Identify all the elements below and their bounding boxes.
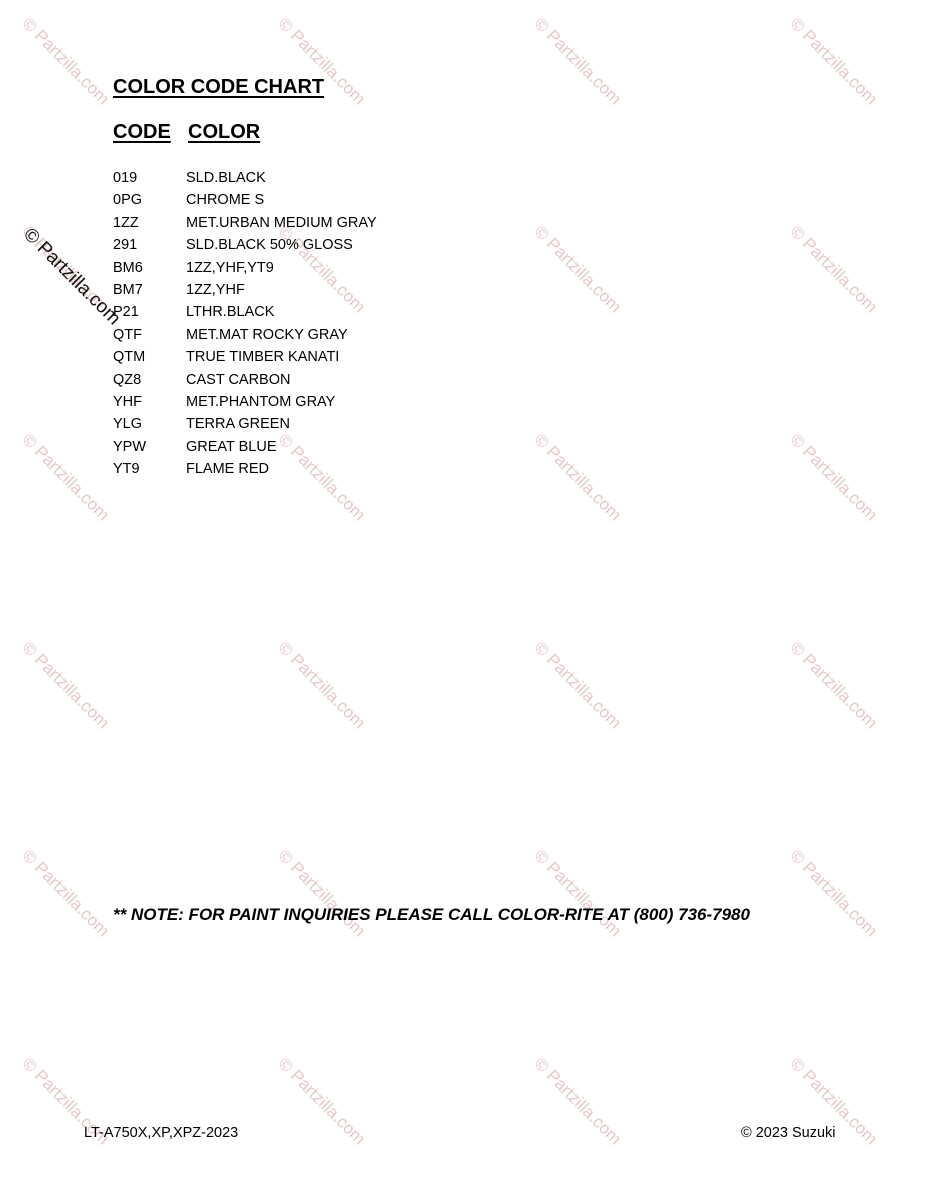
page-title: COLOR CODE CHART [113,76,324,99]
watermark-text-dark: © Partzilla.com [18,224,124,330]
watermark-text: © Partzilla.com [18,638,113,733]
color-name: CAST CARBON [186,372,290,388]
color-name: MET.URBAN MEDIUM GRAY [186,215,377,231]
watermark-text: © Partzilla.com [18,222,113,317]
color-name: FLAME RED [186,461,269,477]
color-code: BM6 [113,260,143,276]
color-name: LTHR.BLACK [186,304,274,320]
watermark-text: © Partzilla.com [530,846,625,941]
color-code: QTF [113,327,142,343]
color-name: TERRA GREEN [186,416,290,432]
watermark-text: © Partzilla.com [18,14,113,109]
watermark-text: © Partzilla.com [530,222,625,317]
color-code: P21 [113,304,139,320]
footer-model: LT-A750X,XP,XPZ-2023 [84,1125,238,1141]
watermark-text: © Partzilla.com [274,1054,369,1149]
watermark-text: © Partzilla.com [18,430,113,525]
watermark-text: © Partzilla.com [274,430,369,525]
color-name: SLD.BLACK 50% GLOSS [186,237,353,253]
watermark-text: © Partzilla.com [786,638,881,733]
watermark-text: © Partzilla.com [786,846,881,941]
paint-inquiry-note: ** NOTE: FOR PAINT INQUIRIES PLEASE CALL… [113,905,750,925]
color-name: 1ZZ,YHF,YT9 [186,260,274,276]
watermark-text: © Partzilla.com [530,1054,625,1149]
watermark-text: © Partzilla.com [274,638,369,733]
color-code: QTM [113,349,145,365]
color-name: GREAT BLUE [186,439,277,455]
watermark-text: © Partzilla.com [530,14,625,109]
color-code: 291 [113,237,137,253]
color-name: 1ZZ,YHF [186,282,245,298]
color-code: 1ZZ [113,215,139,231]
color-code: YHF [113,394,142,410]
color-code: BM7 [113,282,143,298]
watermark-text: © Partzilla.com [18,846,113,941]
color-name: TRUE TIMBER KANATI [186,349,339,365]
color-name: SLD.BLACK [186,170,266,186]
watermark-text: © Partzilla.com [786,430,881,525]
watermark-text: © Partzilla.com [786,222,881,317]
watermark-text: © Partzilla.com [530,430,625,525]
watermark-text: © Partzilla.com [530,638,625,733]
color-code: YLG [113,416,142,432]
watermark-text: © Partzilla.com [274,846,369,941]
column-header-code: CODE [113,121,171,144]
color-code: QZ8 [113,372,141,388]
color-code: YPW [113,439,146,455]
column-header-color: COLOR [188,121,260,144]
color-code: 0PG [113,192,142,208]
color-name: MET.MAT ROCKY GRAY [186,327,348,343]
footer-copyright: © 2023 Suzuki [741,1125,836,1141]
color-code: YT9 [113,461,140,477]
color-name: CHROME S [186,192,264,208]
color-name: MET.PHANTOM GRAY [186,394,335,410]
color-code: 019 [113,170,137,186]
watermark-text: © Partzilla.com [786,14,881,109]
